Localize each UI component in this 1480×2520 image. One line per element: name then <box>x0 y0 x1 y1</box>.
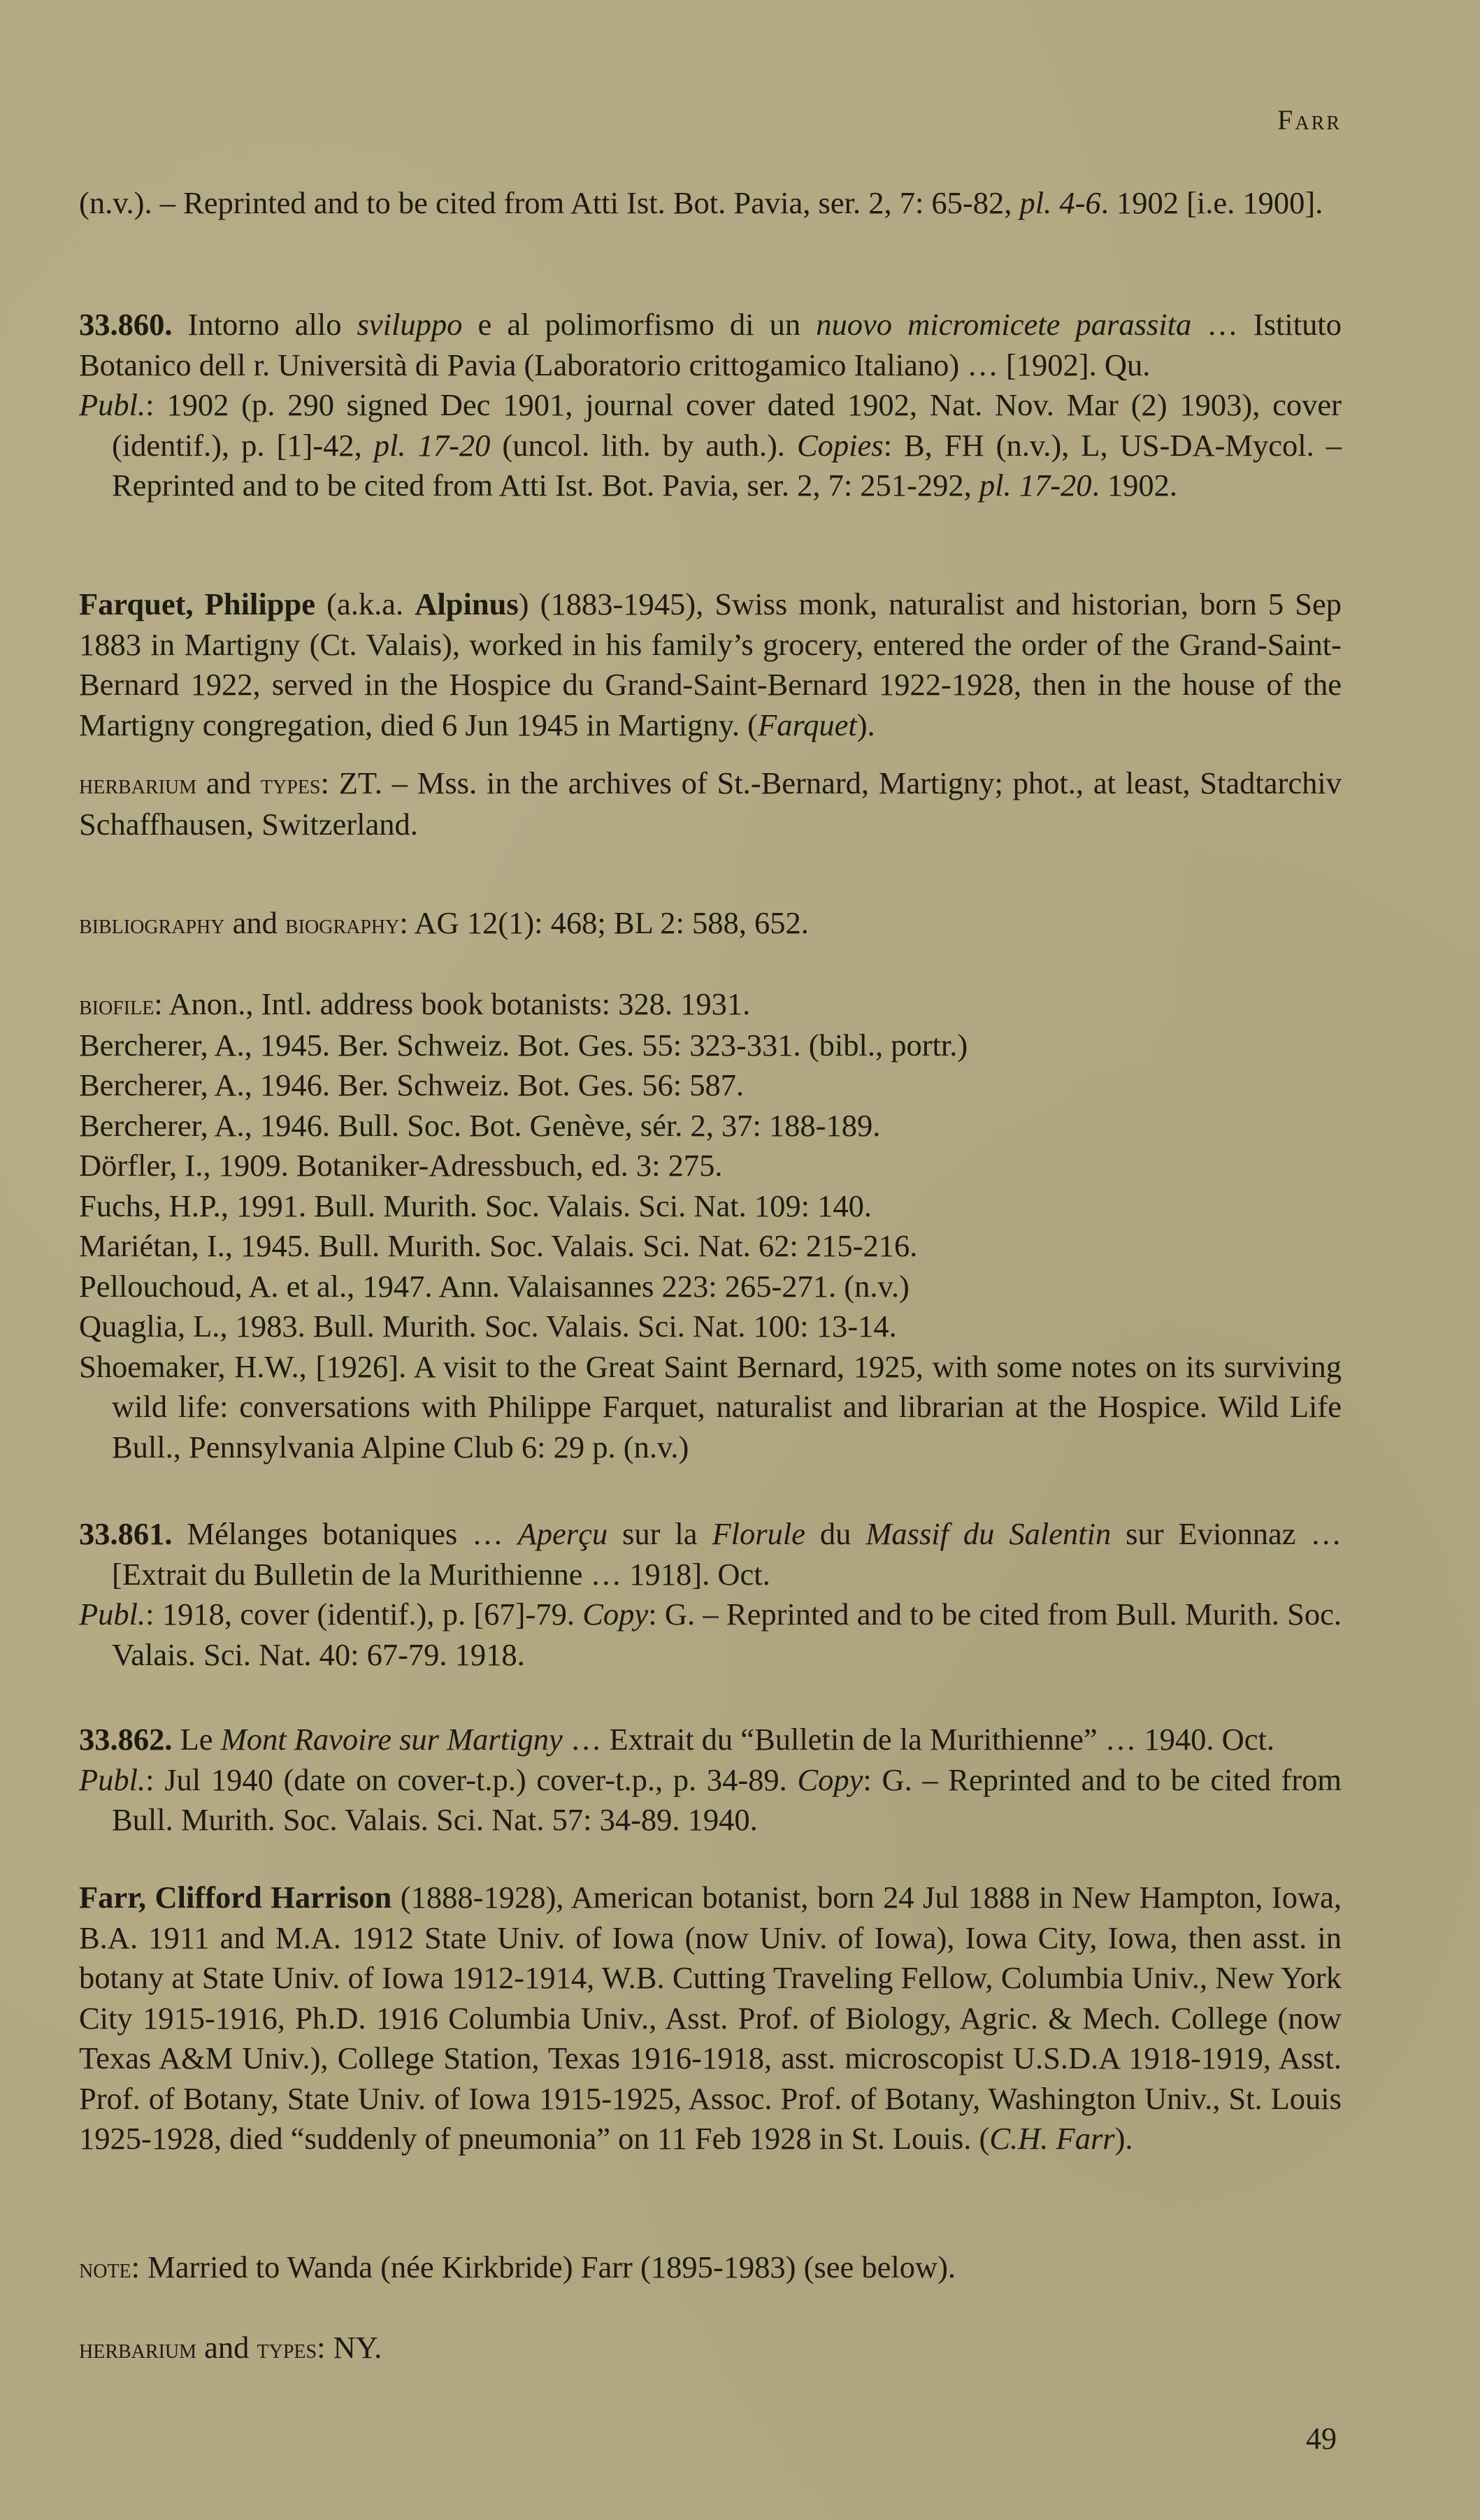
portrait-ref: Farquet <box>758 707 857 742</box>
note-text: note: Married to Wanda (née Kirkbride) F… <box>79 2247 1342 2289</box>
herbarium-text: herbarium and types: ZT. – Mss. in the a… <box>79 763 1342 844</box>
running-head: Farr <box>1277 103 1342 136</box>
copy-label: Copy <box>797 1762 863 1797</box>
entry-publication: Publ.: 1918, cover (identif.), p. [67]-7… <box>79 1594 1342 1675</box>
page-number: 49 <box>1306 2421 1337 2456</box>
biofile-item: Bercherer, A., 1946. Ber. Schweiz. Bot. … <box>79 1065 1342 1106</box>
biography-text: Farr, Clifford Harrison (1888-1928), Ame… <box>79 1878 1342 2159</box>
biofile-farquet: biofile: Anon., Intl. address book botan… <box>79 984 1342 1467</box>
biography-label: biography <box>285 908 399 939</box>
herbarium-label: herbarium <box>79 2333 196 2364</box>
herbarium-text: herbarium and types: NY. <box>79 2328 1342 2369</box>
bibliography-label: bibliography <box>79 908 224 939</box>
portrait-ref: C.H. Farr <box>989 2121 1114 2156</box>
person-alias: Alpinus <box>415 586 518 621</box>
entry-title: 33.861. Mélanges botaniques … Aperçu sur… <box>79 1514 1342 1594</box>
publ-label: Publ. <box>79 1597 145 1632</box>
bibliography-text: bibliography and biography: AG 12(1): 46… <box>79 903 1342 944</box>
biofile-item: Fuchs, H.P., 1991. Bull. Murith. Soc. Va… <box>79 1186 1342 1227</box>
biofile-label: biofile <box>79 989 154 1021</box>
biography-text: Farquet, Philippe (a.k.a. Alpinus) (1883… <box>79 584 1342 745</box>
copy-label: Copy <box>582 1597 648 1632</box>
entry-33-862: 33.862. Le Mont Ravoire sur Martigny … E… <box>79 1720 1342 1841</box>
herbarium-farr: herbarium and types: NY. <box>79 2328 1342 2369</box>
biography-farr: Farr, Clifford Harrison (1888-1928), Ame… <box>79 1878 1342 2159</box>
bibliography-farquet: bibliography and biography: AG 12(1): 46… <box>79 903 1342 944</box>
note-farr: note: Married to Wanda (née Kirkbride) F… <box>79 2247 1342 2289</box>
entry-33-861: 33.861. Mélanges botaniques … Aperçu sur… <box>79 1514 1342 1675</box>
types-label: types <box>257 2333 317 2364</box>
biofile-item: Shoemaker, H.W., [1926]. A visit to the … <box>79 1347 1342 1468</box>
entry-title: 33.862. Le Mont Ravoire sur Martigny … E… <box>79 1720 1342 1760</box>
publ-label: Publ. <box>79 1762 145 1797</box>
entry-publication: Publ.: Jul 1940 (date on cover-t.p.) cov… <box>79 1760 1342 1841</box>
biofile-item: Quaglia, L., 1983. Bull. Murith. Soc. Va… <box>79 1306 1342 1347</box>
entry-33-860: 33.860. Intorno allo sviluppo e al polim… <box>79 305 1342 506</box>
herbarium-label: herbarium <box>79 768 196 800</box>
biofile-item: Dörfler, I., 1909. Botaniker-Adressbuch,… <box>79 1146 1342 1186</box>
person-name: Farr, Clifford Harrison <box>79 1880 391 1915</box>
biofile-item: Pellouchoud, A. et al., 1947. Ann. Valai… <box>79 1267 1342 1307</box>
continuation-text: (n.v.). – Reprinted and to be cited from… <box>79 183 1342 224</box>
entry-number: 33.862. <box>79 1722 173 1757</box>
note-label: note <box>79 2252 131 2284</box>
copies-label: Copies <box>797 428 884 463</box>
entry-number: 33.861. <box>79 1516 173 1551</box>
biofile-item: Bercherer, A., 1946. Bull. Soc. Bot. Gen… <box>79 1106 1342 1146</box>
continuation-paragraph: (n.v.). – Reprinted and to be cited from… <box>79 183 1342 224</box>
entry-title: 33.860. Intorno allo sviluppo e al polim… <box>79 305 1342 385</box>
biography-farquet: Farquet, Philippe (a.k.a. Alpinus) (1883… <box>79 584 1342 745</box>
biofile-item: Mariétan, I., 1945. Bull. Murith. Soc. V… <box>79 1226 1342 1267</box>
herbarium-farquet: herbarium and types: ZT. – Mss. in the a… <box>79 763 1342 844</box>
entry-number: 33.860. <box>79 307 173 342</box>
biofile-item: biofile: Anon., Intl. address book botan… <box>79 984 1342 1025</box>
entry-publication: Publ.: 1902 (p. 290 signed Dec 1901, jou… <box>79 385 1342 506</box>
publ-label: Publ. <box>79 387 145 422</box>
person-name: Farquet, Philippe <box>79 586 315 621</box>
types-label: types <box>261 768 321 800</box>
biofile-item: Bercherer, A., 1945. Ber. Schweiz. Bot. … <box>79 1025 1342 1066</box>
